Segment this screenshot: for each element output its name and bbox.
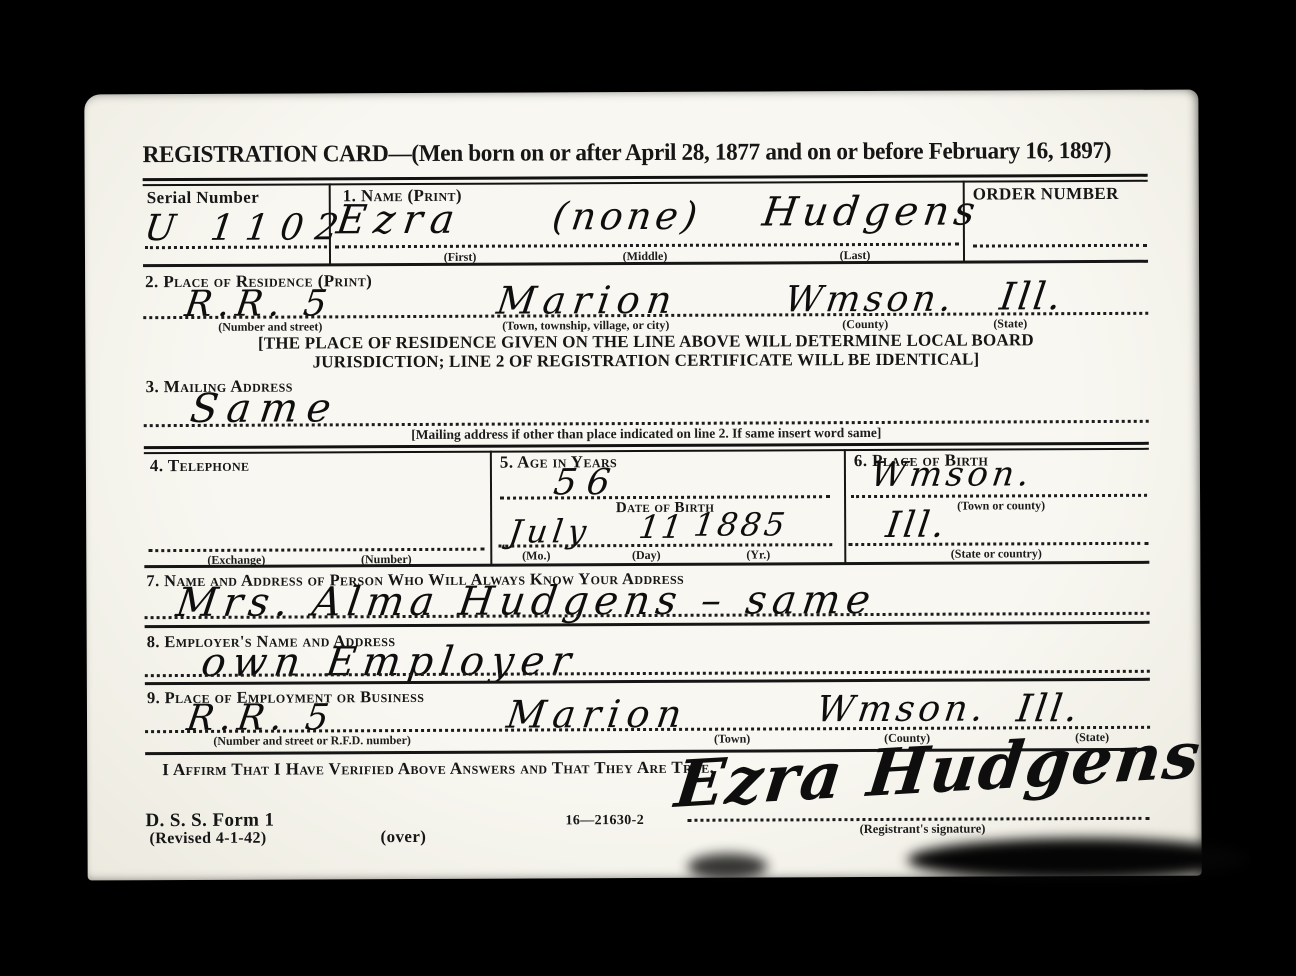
ink-smudge-small [688,853,768,879]
birth-town-value: Wmson. [868,454,1035,495]
employer-value: own Employer [199,638,581,686]
name-last-value: Hudgens [760,189,983,236]
serial-number-value: U 1102 [142,207,353,249]
serial-dotted-line [145,245,327,249]
mailing-caption: [Mailing address if other than place ind… [144,424,1149,444]
serial-name-divider [329,183,331,265]
scanned-page: { "colors": { "background": "#000000", "… [0,0,1296,976]
affirmation-text: I Affirm That I Have Verified Above Answ… [162,758,714,780]
dob-year-value: 1885 [692,505,791,543]
name-middle-value: (none) [550,194,704,239]
over-note: (over) [380,827,426,847]
mid-double-rule [144,442,1149,454]
telephone-age-divider [490,451,492,565]
name-first-value: Ezra [334,197,466,244]
age-birth-divider [844,449,846,563]
order-number-label: ORDER NUMBER [973,184,1119,205]
print-code: 16—21630-2 [565,813,644,829]
signature-sublabel: (Registrant's signature) [787,821,1057,837]
employment-state-value: Ill. [1014,686,1083,730]
registration-card: REGISTRATION CARD—(Men born on or after … [84,90,1201,881]
dob-day-value: 11 [637,508,687,546]
contact-value: Mrs. Alma Hudgens – same [173,577,879,626]
serial-number-label: Serial Number [147,188,259,208]
revision-note: (Revised 4-1-42) [150,830,267,849]
day-sublabel: (Day) [616,548,676,563]
order-dotted-line [973,244,1147,248]
birth-state-sublabel: (State or country) [876,546,1116,562]
employment-street-sublabel: (Number and street or R.F.D. number) [162,733,462,749]
yr-sublabel: (Yr.) [728,547,788,562]
name-order-divider [963,181,965,263]
residence-county-sublabel: (County) [825,317,905,332]
birth-state-value: Ill. [883,505,949,546]
card-title: REGISTRATION CARD—(Men born on or after … [142,138,1111,169]
ink-smudge [908,837,1248,880]
jurisdiction-note-line2: JURISDICTION; LINE 2 OF REGISTRATION CER… [143,349,1148,373]
telephone-label: 4. Telephone [150,456,250,476]
employment-county-value: Wmson. [814,688,990,730]
mo-sublabel: (Mo.) [506,548,566,563]
residence-state-sublabel: (State) [970,316,1050,331]
